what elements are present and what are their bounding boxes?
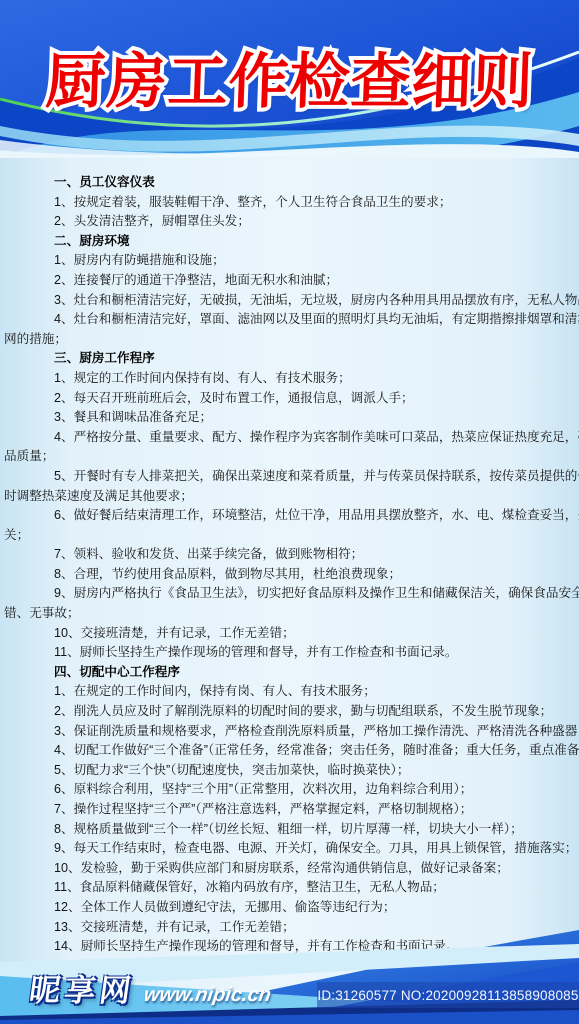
section-heading: 三、厨房工作程序: [4, 349, 579, 369]
section-heading: 四、切配中心工作程序: [4, 663, 579, 683]
rule-item: 3、餐具和调味品准备充足；: [4, 408, 579, 428]
rule-item: 3、灶台和橱柜清洁完好，无破损，无油垢，无垃圾，厨房内各种用具用品摆放有序，无私…: [4, 291, 579, 311]
image-id-band: ID:31260577 NO:20200928113858908085: [317, 982, 579, 1008]
rule-item: 7、操作过程坚持“三个严”（严格注意选料，严格掌握定料，严格切制规格）；: [4, 800, 579, 820]
rule-item: 4、严格按分量、重量要求、配方、操作程序为宾客制作美味可口菜品，热菜应保证热度充…: [4, 428, 579, 467]
footer-banner: 昵享网 www.nipic.cn ID:31260577 NO:20200928…: [0, 928, 579, 1024]
rule-item: 5、开餐时有专人排菜把关，确保出菜速度和菜肴质量，并与传菜员保持联系，按传菜员提…: [4, 467, 579, 506]
nipic-logo: 昵享网 www.nipic.cn: [27, 965, 275, 1010]
rule-item: 11、厨师长坚持生产操作现场的管理和督导，并有工作检查和书面记录。: [4, 643, 579, 663]
rule-item: 8、合理，节约使用食品原料，做到物尽其用，杜绝浪费现象；: [4, 565, 579, 585]
rule-item: 4、切配工作做好“三个准备”（正常任务，经常准备；突击任务，随时准备；重大任务，…: [4, 741, 579, 761]
rule-item: 11、食品原料储藏保管好，冰箱内码放有序，整洁卫生，无私人物品；: [4, 878, 579, 898]
rule-item: 2、每天召开班前班后会，及时布置工作，通报信息，调派人手；: [4, 389, 579, 409]
rule-item: 9、每天工作结束时，检查电器、电源、开关灯，确保安全。刀具，用具上锁保管，措施落…: [4, 839, 579, 859]
rule-item: 6、做好餐后结束清理工作，环境整洁，灶位干净，用品用具摆放整齐，水、电、煤检查妥…: [4, 506, 579, 545]
site-url: www.nipic.cn: [142, 984, 272, 1007]
header-banner: 厨房工作检查细则 厨房工作检查细则: [0, 0, 579, 158]
image-id-text: ID:31260577 NO:20200928113858908085: [317, 988, 578, 1003]
kitchen-rules-poster: 厨房工作检查细则 厨房工作检查细则 一、员工仪容仪表1、按规定着装，服装鞋帽干净…: [0, 0, 579, 1024]
rule-item: 10、发检验，勤于采购供应部门和厨房联系，经常沟通供销信息，做好记录备案；: [4, 859, 579, 879]
site-name: 昵享网: [27, 965, 138, 1010]
rule-item: 2、连接餐厅的通道干净整洁，地面无积水和油腻；: [4, 271, 579, 291]
section-heading: 二、厨房环境: [4, 232, 579, 252]
rule-item: 1、厨房内有防蝇措施和设施；: [4, 251, 579, 271]
rule-item: 8、规格质量做到“三个一样”（切丝长短、粗细一样，切片厚薄一样，切块大小一样）；: [4, 820, 579, 840]
rule-item: 3、保证削洗质量和规格要求，严格检查削洗原料质量，严格加工操作清洗、严格清洗各种…: [4, 722, 579, 742]
rule-item: 9、厨房内严格执行《食品卫生法》，切实把好食品原料及操作卫生和储藏保洁关，确保食…: [4, 584, 579, 623]
rule-item: 1、规定的工作时间内保持有岗、有人、有技术服务；: [4, 369, 579, 389]
rule-item: 10、交接班清楚，并有记录，工作无差错；: [4, 624, 579, 644]
rule-item: 7、领料、验收和发货、出菜手续完备，做到账物相符；: [4, 545, 579, 565]
section-heading: 一、员工仪容仪表: [4, 173, 579, 193]
rule-item: 5、切配力求“三个快”（切配速度快，突击加菜快，临时换菜快）；: [4, 761, 579, 781]
rule-item: 4、灶台和橱柜清洁完好，罩面、滤油网以及里面的照明灯具均无油垢，有定期揩擦排烟罩…: [4, 310, 579, 349]
rule-item: 1、按规定着装，服装鞋帽干净、整齐，个人卫生符合食品卫生的要求；: [4, 193, 579, 213]
rule-item: 2、削洗人员应及时了解削洗原料的切配时间的要求，勤与切配组联系，不发生脱节现象；: [4, 702, 579, 722]
poster-title-text: 厨房工作检查细则: [0, 40, 579, 124]
poster-title: 厨房工作检查细则 厨房工作检查细则: [0, 40, 579, 130]
rules-list: 一、员工仪容仪表1、按规定着装，服装鞋帽干净、整齐，个人卫生符合食品卫生的要求；…: [0, 152, 579, 957]
rule-item: 1、在规定的工作时间内，保持有岗、有人、有技术服务；: [4, 682, 579, 702]
rule-item: 2、头发清洁整齐，厨帽罩住头发；: [4, 212, 579, 232]
rule-item: 12、全体工作人员做到遵纪守法，无挪用、偷盗等违纪行为；: [4, 898, 579, 918]
rule-item: 6、原料综合利用，坚持“三个用”（正常整用，次料次用，边角料综合利用）；: [4, 780, 579, 800]
